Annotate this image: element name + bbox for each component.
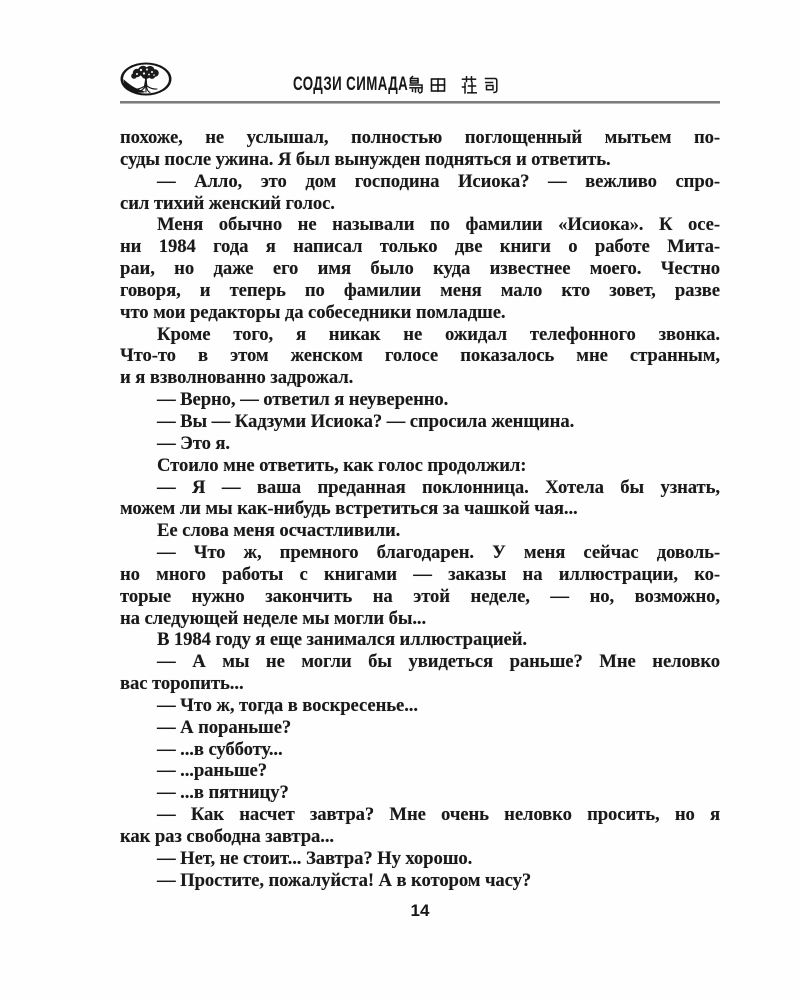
text-line: — Простите, пожалуйста! А в котором часу… (120, 870, 720, 892)
kanji-shima-glyph (406, 75, 426, 95)
book-page: СОДЗИ СИМАДА (0, 0, 800, 1000)
page-header: СОДЗИ СИМАДА (120, 60, 720, 104)
text-line: — Это я. (120, 433, 720, 455)
text-line: — Как насчет завтра? Мне очень неловко п… (120, 804, 720, 826)
text-line: что мои редакторы да собеседники помладш… (120, 302, 720, 324)
text-line: Ее слова меня осчастливили. (120, 520, 720, 542)
text-line: В 1984 году я еще занимался иллюстрацией… (120, 629, 720, 651)
text-line: как раз свободна завтра... (120, 826, 720, 848)
kanji-ta-glyph (428, 75, 448, 95)
text-line: — Нет, не стоит... Завтра? Ну хорошо. (120, 848, 720, 870)
kanji-sou-glyph (459, 75, 479, 95)
text-line: суды после ужина. Я был вынужден поднять… (120, 149, 720, 171)
text-line: похоже, не услышал, полностью поглощенны… (120, 127, 720, 149)
text-line: Кроме того, я никак не ожидал телефонног… (120, 324, 720, 346)
text-line: — Алло, это дом господина Исиока? — вежл… (120, 171, 720, 193)
text-line: но много работы с книгами — заказы на ил… (120, 564, 720, 586)
kanji-ji-glyph (481, 75, 501, 95)
text-line: говоря, и теперь по фамилии меня мало кт… (120, 280, 720, 302)
text-line: раи, но даже его имя было куда известнее… (120, 258, 720, 280)
text-line: на следующей неделе мы могли бы... (120, 608, 720, 630)
text-line: сил тихий женский голос. (120, 193, 720, 215)
author-name-kanji (406, 75, 501, 95)
text-line: — Я — ваша преданная поклонница. Хотела … (120, 477, 720, 499)
text-line: — Что ж, тогда в воскресенье... (120, 695, 720, 717)
text-line: Стоило мне ответить, как голос продолжил… (120, 455, 720, 477)
header-divider-rule (120, 101, 720, 104)
text-line: ни 1984 года я написал только две книги … (120, 236, 720, 258)
text-line: — Верно, — ответил я неуверенно. (120, 389, 720, 411)
body-text: похоже, не услышал, полностью поглощенны… (120, 127, 720, 892)
page-number: 14 (120, 901, 720, 921)
text-line: — Вы — Кадзуми Исиока? — спросила женщин… (120, 411, 720, 433)
text-line: можем ли мы как-нибудь встретиться за ча… (120, 498, 720, 520)
text-line: — ...раньше? (120, 760, 720, 782)
text-line: — А пораньше? (120, 717, 720, 739)
text-line: Меня обычно не называли по фамилии «Исио… (120, 214, 720, 236)
publisher-tree-logo-icon (120, 62, 172, 96)
text-line: торые нужно закончить на этой неделе, — … (120, 586, 720, 608)
text-line: вас торопить... (120, 673, 720, 695)
text-line: и я взволнованно задрожал. (120, 367, 720, 389)
text-line: — Что ж, премного благодарен. У меня сей… (120, 542, 720, 564)
text-line: — ...в субботу... (120, 739, 720, 761)
text-line: — ...в пятницу? (120, 782, 720, 804)
text-line: Что-то в этом женском голосе показалось … (120, 345, 720, 367)
author-name-cyrillic: СОДЗИ СИМАДА (293, 74, 408, 96)
text-line: — А мы не могли бы увидеться раньше? Мне… (120, 651, 720, 673)
